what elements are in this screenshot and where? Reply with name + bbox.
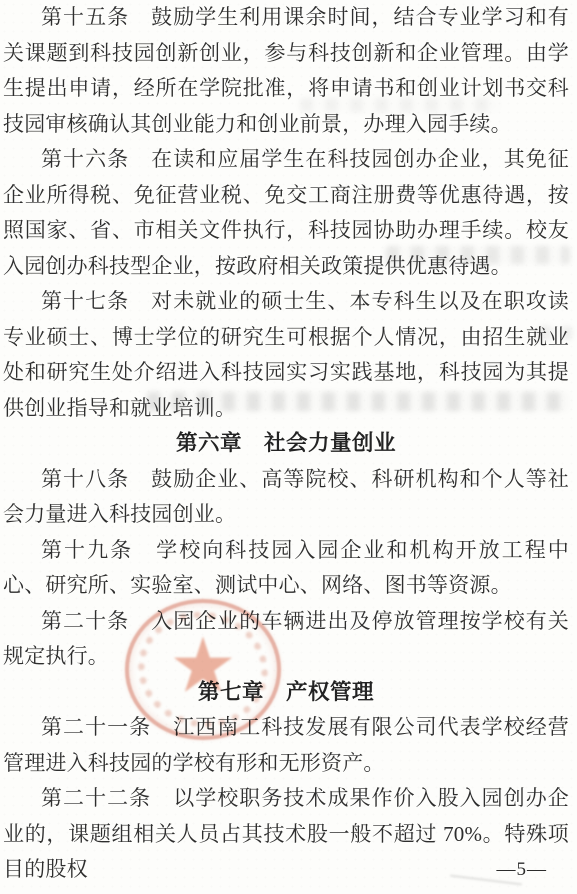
article-20-paragraph: 第二十条 入园企业的车辆进出及停放管理按学校有关规定执行。 <box>3 604 569 675</box>
page-number: —5— <box>497 858 548 882</box>
chapter-7-heading: 第七章 产权管理 <box>3 675 569 711</box>
scanned-document-page: 第十五条 鼓励学生利用课余时间，结合专业学习和有关课题到科技园创新创业，参与科技… <box>0 0 577 894</box>
article-21-paragraph: 第二十一条 江西南工科技发展有限公司代表学校经营管理进入科技园的学校有形和无形资… <box>3 710 569 781</box>
chapter-6-heading: 第六章 社会力量创业 <box>3 426 569 462</box>
article-19-paragraph: 第十九条 学校向科技园入园企业和机构开放工程中心、研究所、实验室、测试中心、网络… <box>3 533 569 604</box>
article-17-paragraph: 第十七条 对未就业的硕士生、本专科生以及在职攻读专业硕士、博士学位的研究生可根据… <box>3 284 569 426</box>
document-body: 第十五条 鼓励学生利用课余时间，结合专业学习和有关课题到科技园创新创业，参与科技… <box>3 0 569 888</box>
article-22-paragraph: 第二十二条 以学校职务技术成果作价入股入园创办企业的，课题组相关人员占其技术股一… <box>3 781 569 888</box>
article-16-paragraph: 第十六条 在读和应届学生在科技园创办企业，其免征企业所得税、免征营业税、免交工商… <box>3 142 569 284</box>
article-18-paragraph: 第十八条 鼓励企业、高等院校、科研机构和个人等社会力量进入科技园创业。 <box>3 462 569 533</box>
article-15-paragraph: 第十五条 鼓励学生利用课余时间，结合专业学习和有关课题到科技园创新创业，参与科技… <box>3 0 569 142</box>
